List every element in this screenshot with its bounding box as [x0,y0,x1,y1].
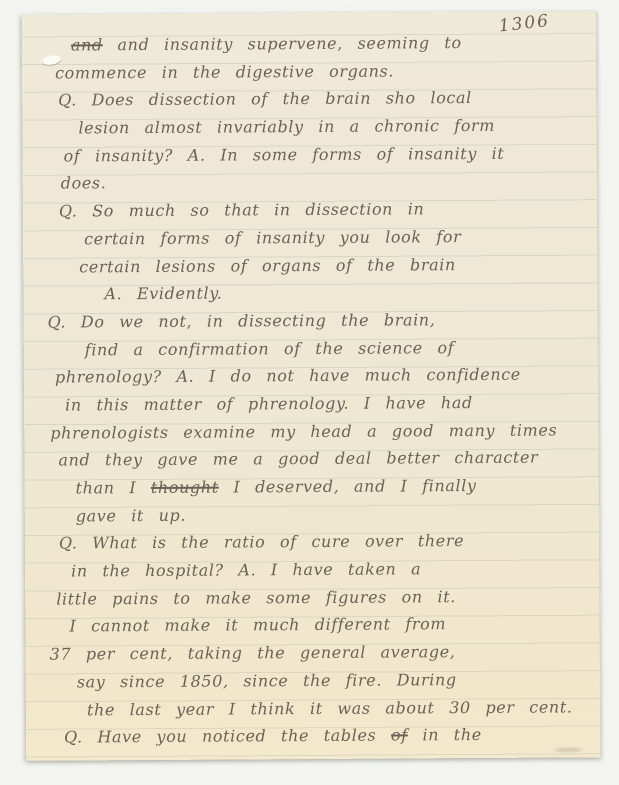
handwritten-line: of insanity? A. In some forms of insanit… [23,139,595,170]
handwritten-line: certain lesions of organs of the brain [23,250,595,281]
handwritten-text: gave it up. [76,505,186,525]
handwritten-line: Q. Have you noticed the tables of in the [26,720,598,751]
handwritten-text: find a confirmation of the science of [85,338,455,359]
handwritten-text: of insanity? A. In some forms of insanit… [64,144,505,166]
handwritten-line: and and insanity supervene, seeming to [22,28,594,59]
handwritten-line: Q. What is the ratio of cure over there [25,527,597,558]
handwritten-line: lesion almost invariably in a chronic fo… [22,111,594,142]
handwritten-line: little pains to make some figures on it. [25,582,597,613]
handwritten-text: certain lesions of organs of the brain [79,255,456,276]
handwritten-text: say since 1850, since the fire. During [77,670,457,691]
handwritten-text: Q. What is the ratio of cure over there [59,531,464,552]
handwritten-text: I cannot make it much different from [69,615,446,636]
scan-background: { "scan": { "background_color": "#f3f4f0… [0,0,619,785]
handwritten-text: and insanity supervene, seeming to [103,33,462,54]
handwritten-text: lesion almost invariably in a chronic fo… [78,116,495,138]
handwritten-text: than I [76,478,151,497]
handwritten-text: little pains to make some figures on it. [56,587,456,608]
handwritten-line: gave it up. [25,499,597,530]
handwritten-text: Q. Do we not, in dissecting the brain, [48,310,436,331]
handwritten-text: A. Evidently. [104,284,222,304]
handwritten-line: does. [23,167,595,198]
handwritten-text: Q. Does dissection of the brain sho loca… [58,88,472,110]
handwritten-text: commence in the digestive organs. [55,61,394,82]
crossed-out-word: thought [151,478,219,497]
handwritten-text: and they gave me a good deal better char… [58,448,538,470]
handwritten-text: in the [408,725,482,744]
crossed-out-word: and [71,35,103,54]
handwritten-line: Q. Do we not, in dissecting the brain, [24,305,596,336]
handwritten-line: the last year I think it was about 30 pe… [26,693,598,724]
handwritten-text: I deserved, and I finally [219,476,477,497]
handwritten-text: in the hospital? A. I have taken a [71,559,421,580]
handwritten-line: certain forms of insanity you look for [23,222,595,253]
handwritten-line: 37 per cent, taking the general average, [26,637,598,668]
handwritten-line: than I thought I deserved, and I finally [25,471,597,502]
handwritten-text: in this matter of phrenology. I have had [65,393,473,414]
handwritten-line: I cannot make it much different from [25,610,597,641]
handwritten-text: phrenology? A. I do not have much confid… [55,365,521,387]
handwritten-line: Q. So much so that in dissection in [23,194,595,225]
crossed-out-word: of [391,726,408,745]
handwritten-text: phrenologists examine my head a good man… [50,420,557,442]
handwritten-line: Q. Does dissection of the brain sho loca… [22,84,594,115]
handwritten-text: 37 per cent, taking the general average, [50,642,456,663]
handwritten-text: Q. Have you noticed the tables [64,726,391,747]
handwritten-line: in this matter of phrenology. I have had [24,388,596,419]
handwritten-line: A. Evidently. [23,277,595,308]
manuscript-page: 1306 and and insanity supervene, seeming… [22,11,602,760]
manuscript-text: and and insanity supervene, seeming toco… [22,28,598,751]
handwritten-line: in the hospital? A. I have taken a [25,554,597,585]
handwritten-line: and they gave me a good deal better char… [24,444,596,475]
handwritten-text: the last year I think it was about 30 pe… [87,697,573,719]
handwritten-text: Q. So much so that in dissection in [59,199,425,220]
handwritten-line: commence in the digestive organs. [22,56,594,87]
handwritten-line: phrenology? A. I do not have much confid… [24,361,596,392]
handwritten-line: say since 1850, since the fire. During [26,665,598,696]
handwritten-line: phrenologists examine my head a good man… [24,416,596,447]
handwritten-line: find a confirmation of the science of [24,333,596,364]
handwritten-text: certain forms of insanity you look for [84,227,461,248]
handwritten-text: does. [61,174,107,193]
